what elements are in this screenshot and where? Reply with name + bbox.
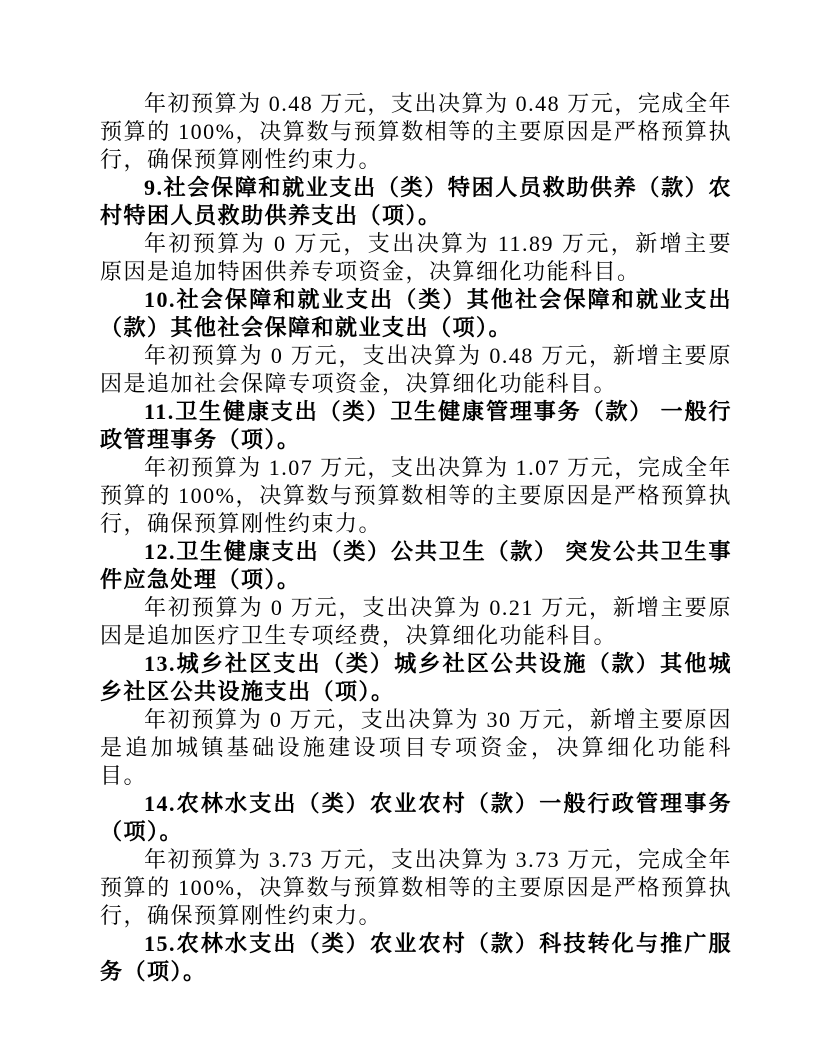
budget-item-14-heading: 14.农林水支出（类）农业农村（款）一般行政管理事务（项）。 xyxy=(100,790,732,846)
budget-item-8-paragraph: 年初预算为 0.48 万元，支出决算为 0.48 万元，完成全年预算的 100%… xyxy=(100,90,732,174)
budget-item-13-paragraph: 年初预算为 0 万元，支出决算为 30 万元，新增主要原因是追加城镇基础设施建设… xyxy=(100,706,732,790)
budget-item-15-heading: 15.农林水支出（类）农业农村（款）科技转化与推广服务（项）。 xyxy=(100,930,732,986)
budget-item-9-heading: 9.社会保障和就业支出（类）特困人员救助供养（款）农村特困人员救助供养支出（项）… xyxy=(100,174,732,230)
document-page: 年初预算为 0.48 万元，支出决算为 0.48 万元，完成全年预算的 100%… xyxy=(0,0,816,1056)
budget-item-12-paragraph: 年初预算为 0 万元，支出决算为 0.21 万元，新增主要原因是追加医疗卫生专项… xyxy=(100,594,732,650)
budget-item-12-heading: 12.卫生健康支出（类）公共卫生（款） 突发公共卫生事件应急处理（项）。 xyxy=(100,538,732,594)
budget-item-10-paragraph: 年初预算为 0 万元，支出决算为 0.48 万元，新增主要原因是追加社会保障专项… xyxy=(100,342,732,398)
budget-item-10-heading: 10.社会保障和就业支出（类）其他社会保障和就业支出（款）其他社会保障和就业支出… xyxy=(100,286,732,342)
budget-item-11-heading: 11.卫生健康支出（类）卫生健康管理事务（款） 一般行政管理事务（项）。 xyxy=(100,398,732,454)
budget-item-13-heading: 13.城乡社区支出（类）城乡社区公共设施（款）其他城乡社区公共设施支出（项）。 xyxy=(100,650,732,706)
document-text-block: 年初预算为 0.48 万元，支出决算为 0.48 万元，完成全年预算的 100%… xyxy=(100,90,732,986)
budget-item-11-paragraph: 年初预算为 1.07 万元，支出决算为 1.07 万元，完成全年预算的 100%… xyxy=(100,454,732,538)
budget-item-9-paragraph: 年初预算为 0 万元，支出决算为 11.89 万元，新增主要原因是追加特困供养专… xyxy=(100,230,732,286)
budget-item-14-paragraph: 年初预算为 3.73 万元，支出决算为 3.73 万元，完成全年预算的 100%… xyxy=(100,846,732,930)
